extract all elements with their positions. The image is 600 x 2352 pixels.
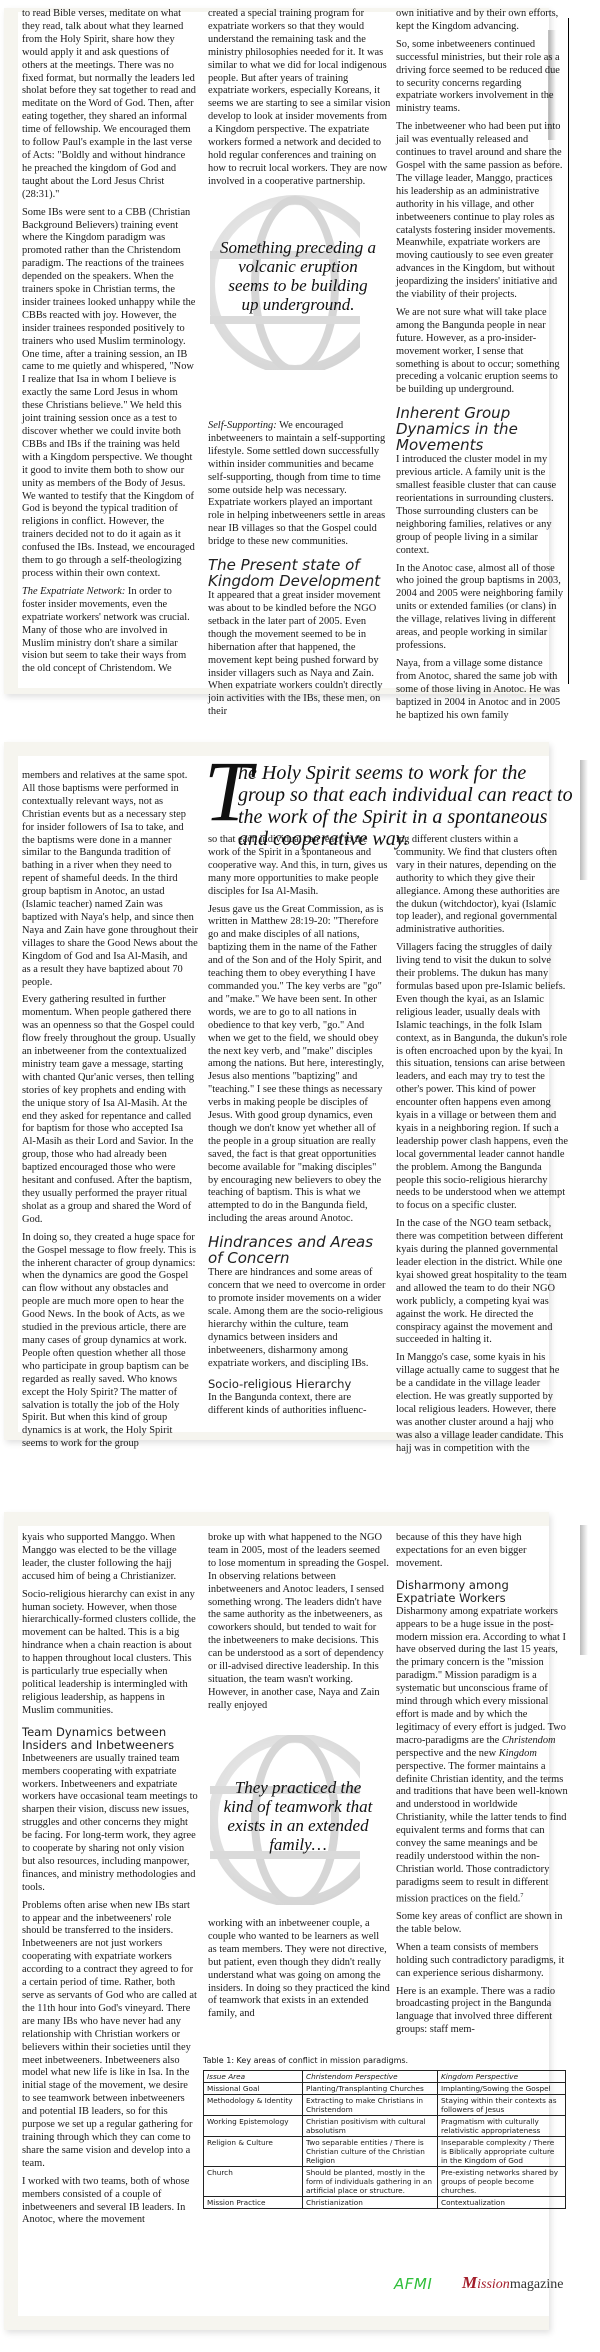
paragraph: to read Bible verses, meditate on what t…: [22, 8, 197, 202]
table-header-cell: Issue Area: [204, 2071, 303, 2083]
paragraph: So, some inbetweeners continued successf…: [396, 39, 564, 116]
paragraph: Here is an example. There was a radio br…: [396, 1986, 568, 2038]
paragraph: In the Bangunda context, there are diffe…: [208, 1392, 388, 1418]
subsection-heading: Team Dynamics between Insiders and Inbet…: [22, 1726, 198, 1752]
paragraph: When a team consists of members holding …: [396, 1942, 568, 1981]
subsection-heading: Socio-religious Hierarchy: [208, 1378, 388, 1391]
table-cell: Mission Practice: [204, 2197, 303, 2209]
paragraph-text: perspective. The former maintains a defi…: [396, 1761, 568, 1905]
table-row: Religion & Culture Two separable entitie…: [204, 2137, 566, 2167]
paragraph: kyais who supported Manggo. When Manggo …: [22, 1532, 198, 1584]
page2-column-1: members and relatives at the same spot. …: [22, 770, 198, 1456]
table-header-row: Issue Area Christendom Perspective Kingd…: [204, 2071, 566, 2083]
page3-column-2-lower: working with an inbetweener couple, a co…: [208, 1918, 390, 2026]
table-cell: Extracting to make Christians in Christe…: [303, 2095, 438, 2116]
paragraph: Inbetweeners are usually trained team me…: [22, 1753, 198, 1895]
table-row: Mission Practice Christianization Contex…: [204, 2197, 566, 2209]
paragraph: Socio-religious hierarchy can exist in a…: [22, 1589, 198, 1718]
page-curl-shadow: [580, 760, 588, 880]
table-cell: Working Epistemology: [204, 2116, 303, 2137]
mission-magazine-logo: Missionmagazine: [462, 2273, 563, 2293]
page3-column-3: because of this they have high expectati…: [396, 1532, 568, 2042]
table-header-cell: Christendom Perspective: [303, 2071, 438, 2083]
run-in-label: Self-Supporting:: [208, 420, 277, 431]
paragraph-text: We encouraged inbetweeners to maintain a…: [208, 420, 385, 547]
table-cell: Staying within their contexts as followe…: [438, 2095, 566, 2116]
table-row: Missional Goal Planting/Transplanting Ch…: [204, 2083, 566, 2095]
table-cell: Planting/Transplanting Churches: [303, 2083, 438, 2095]
pull-quote: They practiced the kind of teamwork that…: [218, 1778, 378, 1854]
table-cell: Pragmatism with culturally relativistic …: [438, 2116, 566, 2137]
paragraph: Self-Supporting: We encouraged inbetween…: [208, 420, 391, 549]
table-cell: Pre-existing networks shared by groups o…: [438, 2167, 566, 2197]
column-divider: [568, 18, 569, 684]
run-in-label: The Expatriate Network:: [22, 586, 125, 597]
paragraph: Some key areas of conflict are shown in …: [396, 1911, 568, 1937]
pull-quote: Something preceding a volcanic eruption …: [218, 238, 378, 314]
paragraph: In doing so, they created a huge space f…: [22, 1232, 198, 1451]
table-cell: Implanting/Sowing the Gospel: [438, 2083, 566, 2095]
emphasis: Christendom: [502, 1735, 556, 1746]
table-cell: Christian positivism with cultural absol…: [303, 2116, 438, 2137]
paragraph-text: In order to foster insider movements, ev…: [22, 586, 190, 674]
paragraph: In Manggo's case, some kyais in his vill…: [396, 1352, 568, 1455]
paragraph: I introduced the cluster model in my pre…: [396, 454, 564, 557]
paragraph-text: perspective and the new: [396, 1748, 499, 1759]
paragraph-text: Disharmony among expatriate workers appe…: [396, 1606, 566, 1746]
paragraph: own initiative and by their own efforts,…: [396, 8, 564, 34]
paragraph: working with an inbetweener couple, a co…: [208, 1918, 390, 2021]
paragraph: Disharmony among expatriate workers appe…: [396, 1606, 568, 1906]
paragraph: It appeared that a great insider movemen…: [208, 590, 391, 719]
table-cell: Christianization: [303, 2197, 438, 2209]
paragraph: Jesus gave us the Great Commission, as i…: [208, 904, 388, 1227]
paragraph: Villagers facing the struggles of daily …: [396, 942, 568, 1213]
paragraph: broke up with what happened to the NGO t…: [208, 1532, 390, 1713]
paragraph: Problems often arise when new IBs start …: [22, 1900, 198, 2171]
paragraph: I worked with two teams, both of whose m…: [22, 2176, 198, 2228]
paragraph: so that each individual can react to the…: [208, 834, 388, 899]
table-row: Methodology & Identity Extracting to mak…: [204, 2095, 566, 2116]
paragraph: ing different clusters within a communit…: [396, 834, 568, 937]
table-cell: Should be planted, mostly in the form of…: [303, 2167, 438, 2197]
paragraph: created a special training program for e…: [208, 8, 391, 189]
table-cell: Two separable entities / There is Christ…: [303, 2137, 438, 2167]
paragraph: Every gathering resulted in further mome…: [22, 994, 198, 1226]
table-cell: Inseparable complexity / There is Biblic…: [438, 2137, 566, 2167]
section-heading: The Present state of Kingdom Development: [208, 557, 391, 589]
page-curl-shadow: [580, 1525, 588, 1655]
paragraph: because of this they have high expectati…: [396, 1532, 568, 1571]
page1-column-2: created a special training program for e…: [208, 8, 391, 194]
table-cell: Religion & Culture: [204, 2137, 303, 2167]
table-caption: Table 1: Key areas of conflict in missio…: [203, 2056, 408, 2065]
logo-mission: ission: [477, 2277, 510, 2292]
table-cell: Contextualization: [438, 2197, 566, 2209]
logo-magazine: magazine: [510, 2277, 564, 2292]
logo-initial: M: [462, 2273, 477, 2292]
paragraph: In the Anotoc case, almost all of those …: [396, 563, 564, 653]
afmi-logo: AFMI: [394, 2275, 432, 2293]
paragraph: We are not sure what will take place amo…: [396, 307, 564, 397]
subsection-heading: Disharmony among Expatriate Workers: [396, 1579, 568, 1605]
page2-column-2: so that each individual can react to the…: [208, 834, 388, 1423]
conflict-table: Issue Area Christendom Perspective Kingd…: [203, 2070, 566, 2209]
page3-column-2: broke up with what happened to the NGO t…: [208, 1532, 390, 1718]
page1-column-2-lower: Self-Supporting: We encouraged inbetween…: [208, 420, 391, 724]
paragraph: The inbetweener who had been put into ja…: [396, 121, 564, 302]
paragraph: Naya, from a village some distance from …: [396, 658, 564, 723]
emphasis: Kingdom: [499, 1748, 537, 1759]
table-cell: Methodology & Identity: [204, 2095, 303, 2116]
table-header-cell: Kingdom Perspective: [438, 2071, 566, 2083]
section-heading: Inherent Group Dynamics in the Movements: [396, 405, 564, 453]
paragraph: members and relatives at the same spot. …: [22, 770, 198, 989]
page1-column-3: own initiative and by their own efforts,…: [396, 8, 564, 727]
page2-column-3: ing different clusters within a communit…: [396, 834, 568, 1461]
paragraph: There are hindrances and some areas of c…: [208, 1267, 388, 1370]
table-cell: Church: [204, 2167, 303, 2197]
paragraph: Some IBs were sent to a CBB (Christian B…: [22, 207, 197, 581]
paragraph: The Expatriate Network: In order to fost…: [22, 586, 197, 676]
table-row: Church Should be planted, mostly in the …: [204, 2167, 566, 2197]
table-row: Working Epistemology Christian positivis…: [204, 2116, 566, 2137]
footnote-marker: 7: [520, 1893, 523, 1899]
paragraph: In the case of the NGO team setback, the…: [396, 1218, 568, 1347]
page1-column-1: to read Bible verses, meditate on what t…: [22, 8, 197, 681]
table-cell: Missional Goal: [204, 2083, 303, 2095]
page3-column-1: kyais who supported Manggo. When Manggo …: [22, 1532, 198, 2232]
section-heading: Hindrances and Areas of Concern: [208, 1234, 388, 1266]
